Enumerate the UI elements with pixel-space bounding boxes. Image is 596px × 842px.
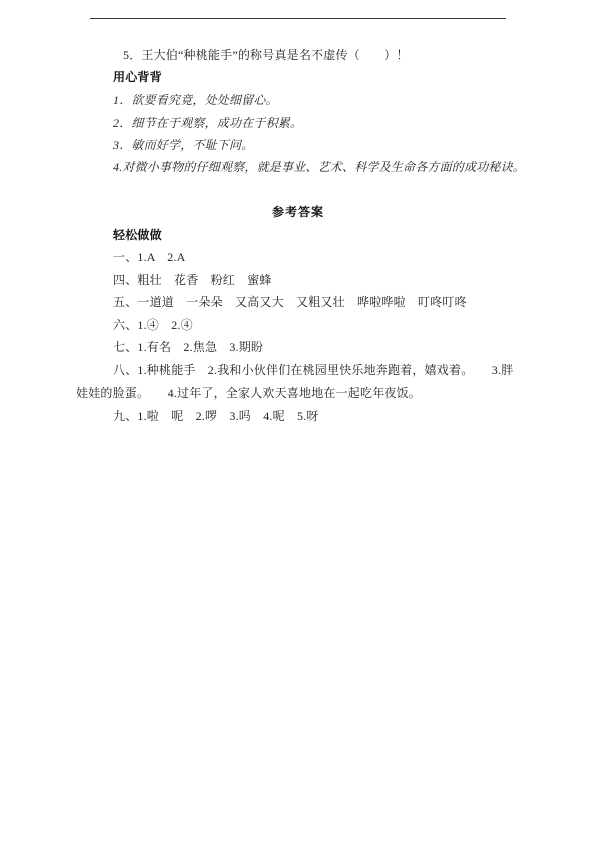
answer-line-6: 六、1.④ 2.④ bbox=[113, 318, 193, 333]
answer-line-7: 七、1.有名 2.焦急 3.期盼 bbox=[113, 340, 263, 355]
answer-line-8: 八、1.种桃能手 2.我和小伙伴们在桃园里快乐地奔跑着，嬉戏着。 3.胖 bbox=[113, 363, 513, 378]
memorize-section-heading: 用心背背 bbox=[113, 70, 162, 85]
memorize-item-3: 3．敏而好学，不耻下问。 bbox=[113, 138, 253, 153]
answer-key-title: 参考答案 bbox=[76, 205, 520, 220]
header-rule bbox=[90, 18, 506, 19]
memorize-item-2: 2．细节在于观察，成功在于积累。 bbox=[113, 116, 302, 131]
memorize-item-1: 1．欲要看究竟，处处细留心。 bbox=[113, 93, 278, 108]
answer-line-8-continued: 娃娃的脸蛋。 4.过年了，全家人欢天喜地地在一起吃年夜饭。 bbox=[76, 386, 421, 401]
answer-line-5: 五、一道道 一朵朵 又高又大 又粗又壮 哗啦哗啦 叮咚叮咚 bbox=[113, 295, 467, 310]
answer-line-9: 九、1.啦 呢 2.啰 3.吗 4.呢 5.呀 bbox=[113, 409, 319, 424]
answer-line-4: 四、粗壮 花香 粉红 蜜蜂 bbox=[113, 273, 272, 288]
answer-key-section-heading: 轻松做做 bbox=[113, 228, 162, 243]
memorize-item-4: 4.对微小事物的仔细观察，就是事业、艺术、科学及生命各方面的成功秘诀。 bbox=[113, 160, 525, 175]
answer-line-1: 一、1.A 2.A bbox=[113, 250, 185, 265]
worksheet-page: 5．王大伯“种桃能手”的称号真是名不虚传（ ）！ 用心背背 1．欲要看究竟，处处… bbox=[0, 0, 596, 842]
question-5: 5．王大伯“种桃能手”的称号真是名不虚传（ ）！ bbox=[123, 48, 409, 63]
